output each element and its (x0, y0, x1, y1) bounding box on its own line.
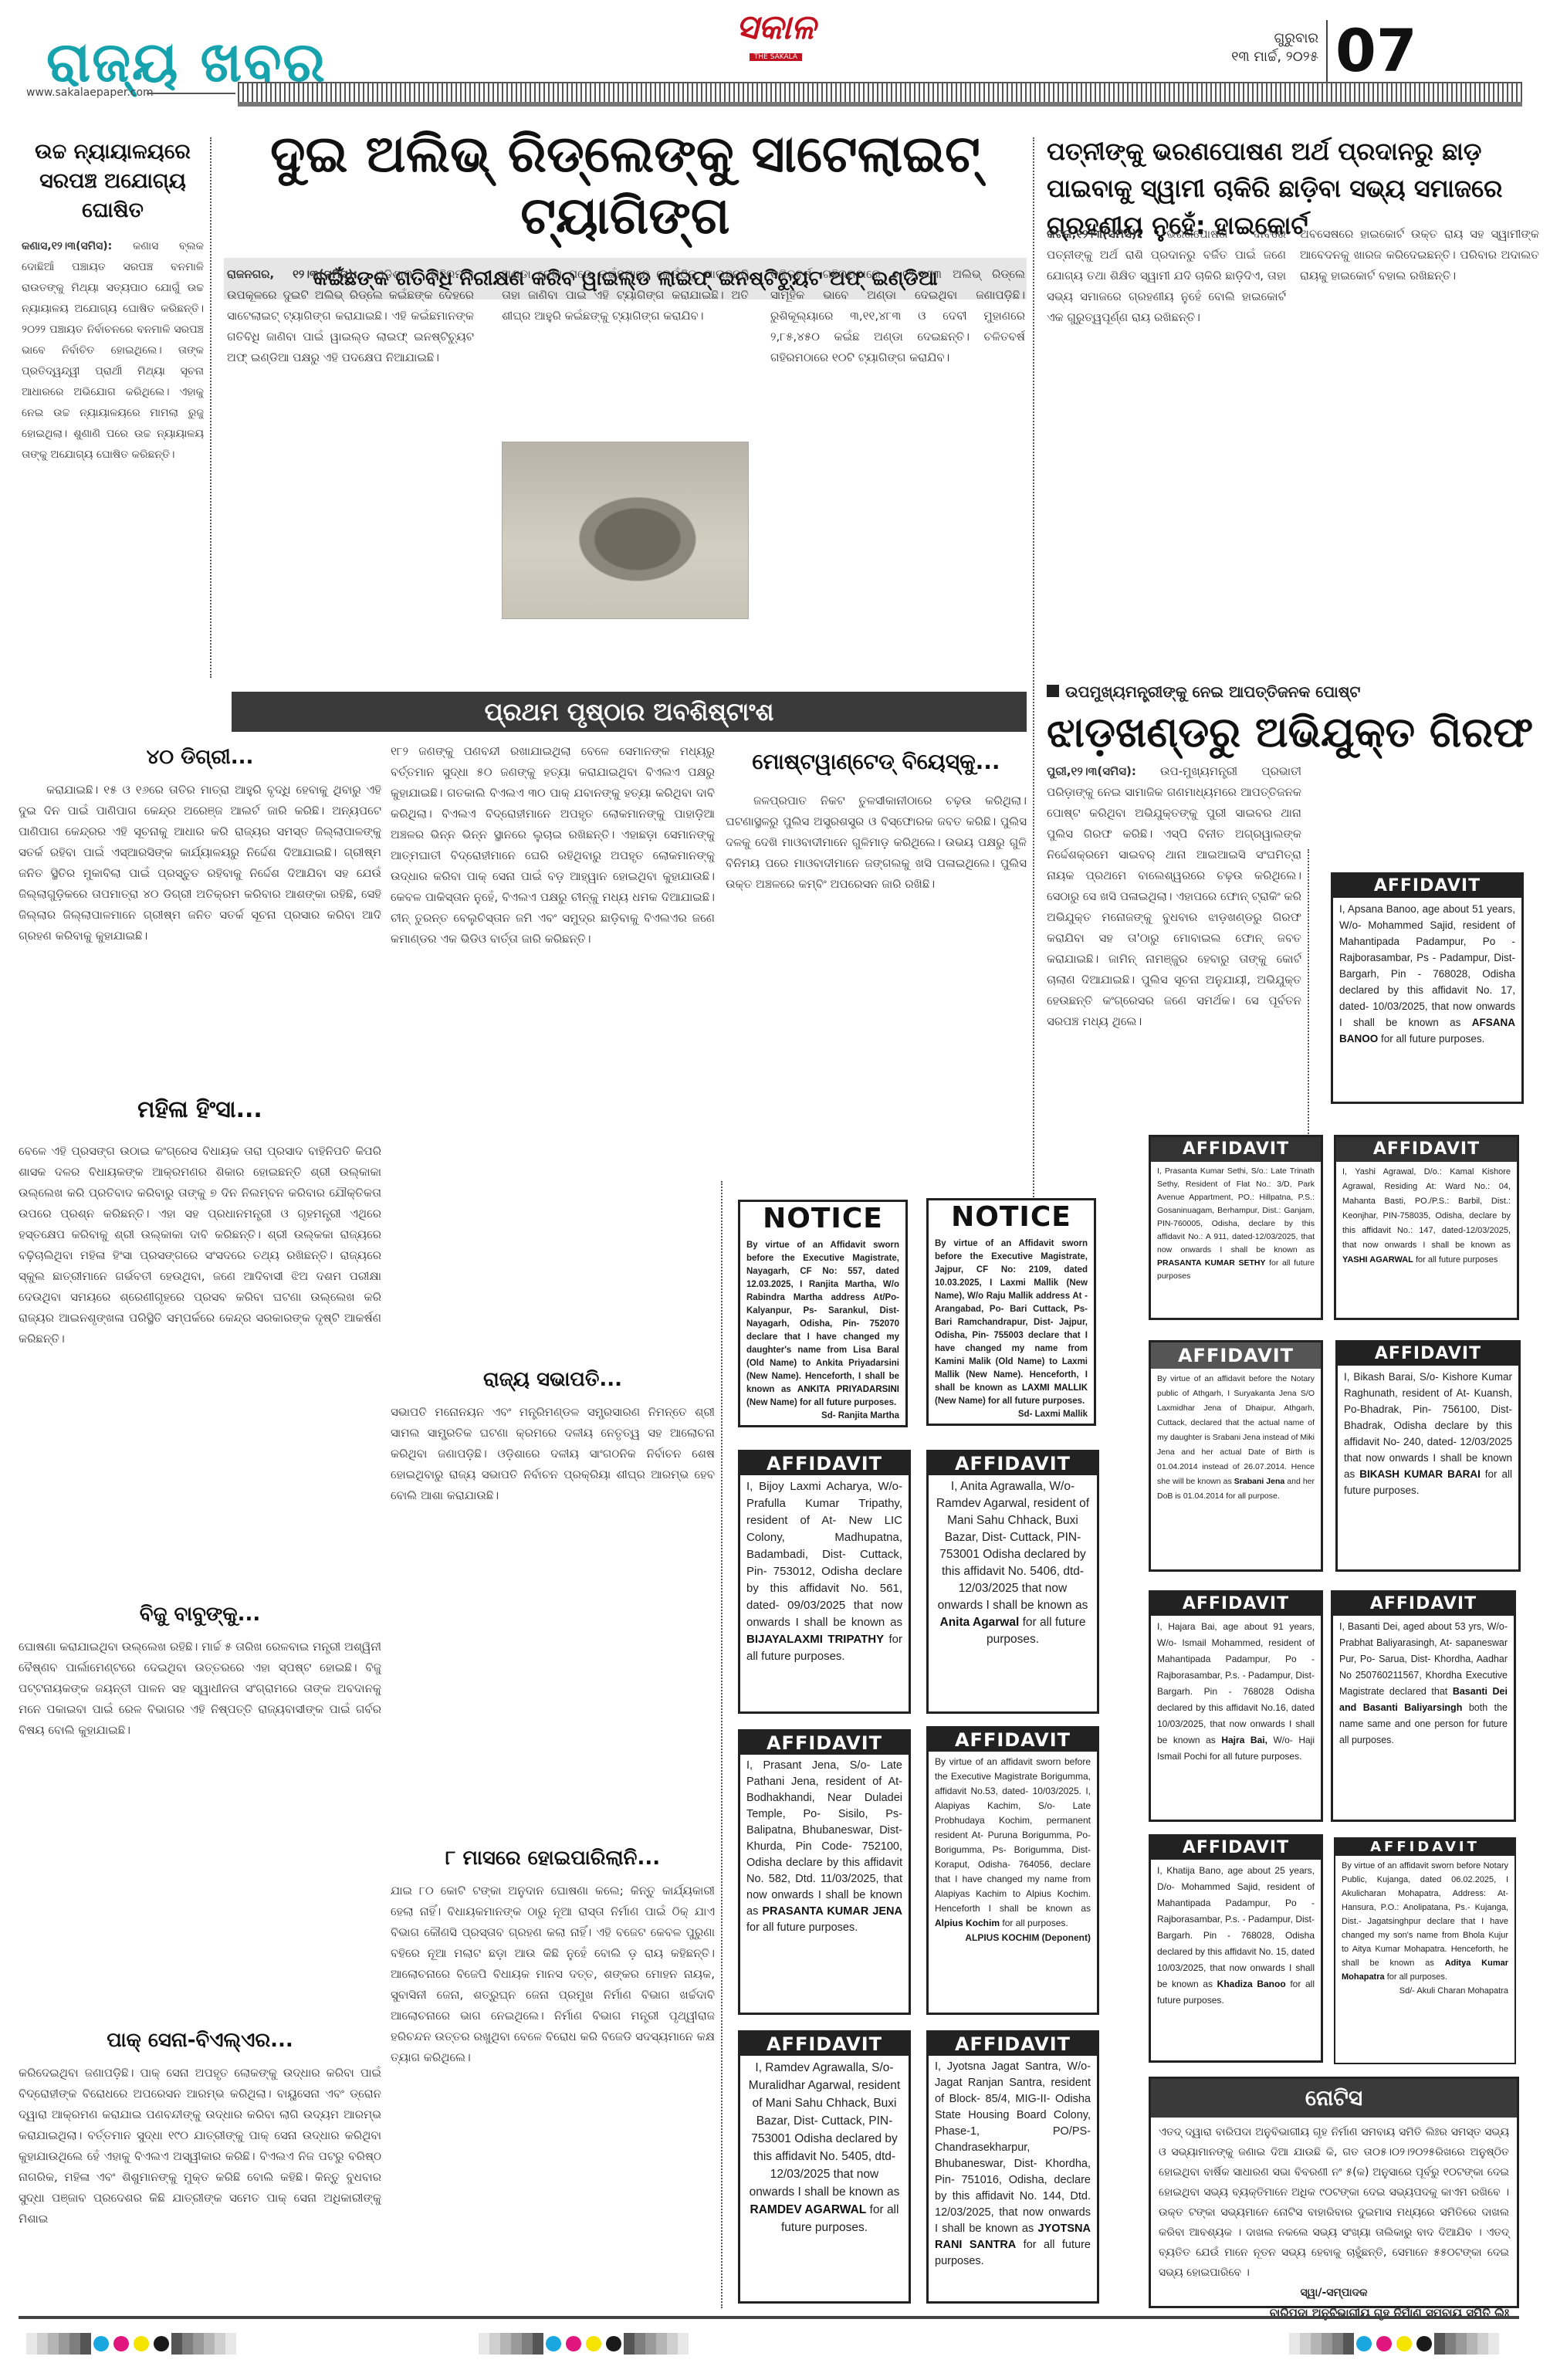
ad-text: I, Ramdev Agrawalla, S/o- Muralidhar Aga… (749, 2061, 900, 2199)
ad-affidavit-hajara: AFFIDAVIT I, Hajara Bai, age about 91 ye… (1149, 1590, 1323, 1822)
continuation-section-bar: ପ୍ରଥମ ପୃଷ୍ଠାର ଅବଶିଷ୍ଟାଂଶ (232, 692, 1027, 732)
story-text: କଣାସ ବ୍ଲକ ଦୋଛିଆଁ ପଞ୍ଚାୟତ ସରପଞ୍ଚ ବନମାଳି ର… (22, 240, 204, 461)
ad-body: I, Hajara Bai, age about 91 years, W/o- … (1151, 1616, 1321, 1768)
ad-affidavit-akuli: AFFIDAVIT By virtue of an affidavit swor… (1334, 1837, 1516, 2064)
ad-text: (New Name) for all future purposes. (746, 1398, 896, 1407)
kicker-biju-babu: ବିଜୁ ବାବୁଙ୍କୁ... (19, 1603, 381, 1627)
ad-body: By virtue of an affidavit sworn before t… (929, 1752, 1097, 1948)
ad-header: AFFIDAVIT (1336, 1137, 1517, 1162)
ad-signature: Sd- Laxmi Mallik (935, 1408, 1088, 1421)
cont-text: କରିଦେଇଥିବା ଜଣାପଡ଼ିଛି। ପାକ୍ ସେନା ଅପହୃତ ଲୋ… (19, 2066, 381, 2226)
ad-body: I, Bikash Barai, S/o- Kishore Kumar Ragh… (1338, 1366, 1518, 1501)
magenta-dot (113, 2336, 129, 2351)
color-registration-bar-center (479, 2333, 689, 2355)
ad-affidavit-alpius: AFFIDAVIT By virtue of an affidavit swor… (926, 1726, 1099, 2015)
kicker-most-wanted: ମୋଷ୍ଟୱାଣ୍ଟେଡ୍ ବିୟେସ୍‌କୁ... (726, 749, 1027, 775)
column-divider (1308, 849, 1309, 1173)
ad-body: I, Anita Agrawalla, W/o- Ramdev Agarwal,… (929, 1475, 1097, 1651)
cont-text: ସଭାପତି ମନୋନୟନ ଏବଂ ମନ୍ତ୍ରିମଣ୍ଡଳ ସମ୍ପ୍ରସାର… (391, 1405, 715, 1502)
ad-signature: ALPIUS KOCHIM (Deponent) (935, 1931, 1091, 1945)
ad-body: By virtue of an affidavit before the Not… (1151, 1369, 1321, 1507)
yellow-dot (1396, 2336, 1412, 2351)
ad-body: ଏତଦ୍ ଦ୍ୱାରା ବାରିପଦା ଅନୁବିଭାଗୀୟ ଗୃହ ନିର୍ମ… (1151, 2118, 1517, 2328)
ad-text: I, Khatija Bano, age about 25 years, D/o… (1157, 1865, 1315, 1989)
divider (147, 93, 235, 94)
column-divider (210, 137, 212, 678)
ad-notice-ranjita: NOTICE By virtue of an Affidavit sworn b… (738, 1200, 908, 1427)
ad-header: NOTICE (929, 1200, 1094, 1234)
cont-mahila-hinsa: ବେଳେ ଏହି ପ୍ରସଙ୍ଗ ଉଠାଇ କଂଗ୍ରେସ ବିଧାୟକ ତାର… (19, 1141, 381, 1589)
ad-new-name: Hajra Bai, (1221, 1735, 1267, 1745)
ad-body: By virtue of an Affidavit sworn before t… (929, 1234, 1094, 1424)
dateline: କଟକ,୧୨।୩(ସମିସ): (1047, 227, 1142, 241)
dateline: କଣାସ,୧୨।୩(ସମିସ): (22, 240, 112, 252)
story-body: କଣାସ,୧୨।୩(ସମିସ): କଣାସ ବ୍ଲକ ଦୋଛିଆଁ ପଞ୍ଚାୟ… (22, 236, 204, 591)
ad-notice-odia-cooperative: ନୋଟିସ ଏତଦ୍ ଦ୍ୱାରା ବାରିପଦା ଅନୁବିଭାଗୀୟ ଗୃହ… (1149, 2077, 1519, 2308)
black-dot (606, 2336, 621, 2351)
lead-text-3: ଚଳିତବର୍ଷ ଗହିରମଠାରେ ୬,୯୨,୩୯୩ ଅଲିଭ୍ ରିଡ୍‌ଲ… (770, 267, 1025, 364)
ad-text: By virtue of an Affidavit sworn before t… (935, 1239, 1088, 1393)
lead-col-2: ଅଣ୍ଡା ଦେବା ପରେ କଇଁଛମାନେ କେଉଁଠିକୁ ଯାଉଛନ୍ତ… (502, 264, 749, 434)
ad-text: By virtue of an affidavit before the Not… (1157, 1374, 1315, 1486)
dateline: ପୁରୀ,୧୨।୩(ସମିସ): (1047, 764, 1136, 778)
lead-text-1: ଓଡ଼ିଶାର ଗହିରମଠା ଉପକୂଳରେ ଦୁଇଟି ଅଲିଭ୍ ରିଡ୍… (227, 267, 474, 364)
ad-new-name: Alpius Kochim (935, 1918, 1000, 1928)
ad-new-name: BIJAYALAXMI TRIPATHY (746, 1633, 884, 1646)
kicker-8-mase: ୮ ମାସରେ ହୋଇପାରିଲାନି... (391, 1847, 715, 1870)
cont-text: ଘୋଷଣା କରାଯାଇଥିବା ଉଲ୍ଲେଖ ରହିଛି। ମାର୍ଚ୍ଚ ୫… (19, 1640, 381, 1737)
ad-affidavit-prasanta-sethi: AFFIDAVIT I, Prasanta Kumar Sethi, S/o.:… (1149, 1135, 1323, 1320)
kicker-mahila-hinsa: ମହିଳା ହିଂସା... (19, 1096, 381, 1123)
ad-body: I, Apsana Banoo, age about 51 years, W/o… (1333, 898, 1521, 1050)
ad-body: I, Jyotsna Jagat Santra, W/o- Jagat Ranj… (929, 2056, 1097, 2273)
kicker-text: ଉପମୁଖ୍ୟମନ୍ତ୍ରୀଙ୍କୁ ନେଇ ଆପତ୍ତିଜନକ ପୋଷ୍ଟ (1065, 682, 1360, 701)
ad-body: I, Prasant Jena, S/o- Late Pathani Jena,… (740, 1755, 909, 1939)
ad-body: I, Basanti Dei, aged about 53 yrs, W/o- … (1333, 1616, 1514, 1752)
cont-biju-babu: ଘୋଷଣା କରାଯାଇଥିବା ଉଲ୍ଲେଖ ରହିଛି। ମାର୍ଚ୍ଚ ୫… (19, 1637, 381, 2015)
masthead-rule (238, 82, 1522, 107)
ad-header: AFFIDAVIT (1151, 1342, 1321, 1369)
lead-col-1: ରାଜନଗର, ୧୨।୩(ସମିସ): ଓଡ଼ିଶାର ଗହିରମଠା ଉପକୂ… (227, 264, 474, 681)
ad-header: AFFIDAVIT (929, 1728, 1097, 1752)
cyan-dot (546, 2336, 561, 2351)
ad-header: AFFIDAVIT (740, 2033, 909, 2056)
cont-text: ୧୮୨ ଜଣଙ୍କୁ ପଣବନ୍ଦୀ ରଖାଯାଇଥିଲା ବେଳେ ସେମାନ… (391, 744, 715, 946)
ad-header: NOTICE (740, 1202, 905, 1236)
color-registration-bar-left (26, 2333, 236, 2355)
ad-new-name: Khadiza Banoo (1217, 1979, 1286, 1989)
cont-text: ଯାଇ ୮୦ କୋଟି ଟଙ୍କା ଅନୁଦାନ ଘୋଷଣା କଲେ; କିନ୍… (391, 1884, 715, 2064)
ad-new-name: PRASANTA KUMAR SETHY (1157, 1258, 1266, 1268)
turtle-photo (502, 442, 749, 619)
ad-body: I, Bijoy Laxmi Acharya, W/o- Prafulla Ku… (740, 1475, 909, 1668)
page-number: 07 (1326, 20, 1417, 82)
ad-text: I, Hajara Bai, age about 91 years, W/o- … (1157, 1621, 1315, 1745)
ad-affidavit-jyotsna: AFFIDAVIT I, Jyotsna Jagat Santra, W/o- … (926, 2030, 1099, 2304)
ad-text: I, Anita Agrawalla, W/o- Ramdev Agarwal,… (936, 1480, 1089, 1612)
ad-new-name: Srabani Jena (1234, 1477, 1284, 1486)
ad-affidavit-apsana: AFFIDAVIT I, Apsana Banoo, age about 51 … (1331, 872, 1524, 1104)
ad-body: I, Yashi Agrawal, D/o.: Kamal Kishore Ag… (1336, 1162, 1517, 1271)
ad-signature-title: ସ୍ୱା/-ସମ୍ପାଦକ (1159, 2283, 1509, 2303)
ad-new-name: YASHI AGARWAL (1342, 1255, 1413, 1264)
ad-text: By virtue of an Affidavit sworn before t… (746, 1241, 899, 1394)
cont-pak-sena: କରିଦେଇଥିବା ଜଣାପଡ଼ିଛି। ପାକ୍ ସେନା ଅପହୃତ ଲୋ… (19, 2063, 381, 2294)
ad-text: I, Apsana Banoo, age about 51 years, W/o… (1339, 903, 1515, 1028)
ad-body: I, Prasanta Kumar Sethi, S/o.: Late Trin… (1151, 1162, 1321, 1286)
ad-header: AFFIDAVIT (1333, 875, 1521, 898)
dateline: ରାଜନଗର, ୧୨।୩(ସମିସ): (227, 267, 357, 281)
ad-text: I, Bikash Barai, S/o- Kishore Kumar Ragh… (1344, 1371, 1512, 1480)
ad-text: for all purposes. (1002, 1918, 1068, 1928)
square-bullet-icon (1047, 685, 1059, 697)
ad-affidavit-ramdev: AFFIDAVIT I, Ramdev Agrawalla, S/o- Mura… (738, 2030, 911, 2304)
ad-text: By virtue of an affidavit sworn before N… (1342, 1861, 1508, 1968)
ad-text: ଏତଦ୍ ଦ୍ୱାରା ବାରିପଦା ଅନୁବିଭାଗୀୟ ଗୃହ ନିର୍ମ… (1159, 2122, 1509, 2283)
story-arrest: ଉପମୁଖ୍ୟମନ୍ତ୍ରୀଙ୍କୁ ନେଇ ଆପତ୍ତିଜନକ ପୋଷ୍ଟ ଝ… (1047, 679, 1541, 761)
cont-text: ବେଳେ ଏହି ପ୍ରସଙ୍ଗ ଉଠାଇ କଂଗ୍ରେସ ବିଧାୟକ ତାର… (19, 1144, 381, 1346)
lead-col-3: ଚଳିତବର୍ଷ ଗହିରମଠାରେ ୬,୯୨,୩୯୩ ଅଲିଭ୍ ରିଡ୍‌ଲ… (770, 264, 1025, 681)
ad-header: AFFIDAVIT (1338, 1342, 1518, 1366)
cont-40-degree: କରାଯାଇଛି। ୧୫ ଓ ୧୬ରେ ତାତିର ମାତ୍ରା ଆହୁରି ବ… (19, 780, 381, 1073)
ad-signature: Sd/- Akuli Charan Mohapatra (1342, 1984, 1508, 1998)
ad-text: for all future purposes (1416, 1255, 1498, 1264)
cont-text: ଜଳପ୍ରପାତ ନିକଟ ତୁଳସୀକାନୀଠାରେ ଚଢ଼ଉ କରିଥିଲା… (726, 791, 1027, 895)
black-dot (1416, 2336, 1432, 2351)
story-text: ଉପ-ମୁଖ୍ୟମନ୍ତ୍ରୀ ପ୍ରଭାତୀ ପରିଡ଼ାଙ୍କୁ ନେଇ ସ… (1047, 764, 1301, 1028)
ad-body: I, Ramdev Agrawalla, S/o- Muralidhar Aga… (740, 2056, 909, 2240)
yellow-dot (134, 2336, 149, 2351)
ad-text: (New Name) for all future purposes. (935, 1397, 1085, 1406)
color-registration-bar-right (1289, 2333, 1499, 2355)
cont-most-wanted: ଜଳପ୍ରପାତ ନିକଟ ତୁଳସୀକାନୀଠାରେ ଚଢ଼ଉ କରିଥିଲା… (726, 791, 1027, 1176)
lead-text-2: ଅଣ୍ଡା ଦେବା ପରେ କଇଁଛମାନେ କେଉଁଠିକୁ ଯାଉଛନ୍ତ… (502, 267, 749, 323)
ad-header: AFFIDAVIT (929, 2033, 1097, 2056)
ad-header: AFFIDAVIT (929, 1452, 1097, 1475)
column-divider (1033, 137, 1034, 1342)
ad-new-name: PRASANTA KUMAR JENA (762, 1905, 902, 1918)
ad-new-name: LAXMI MALLIK (1022, 1383, 1088, 1393)
story-text: ଭରଣପୋଷଣ ଦାବିରେ ପତ୍ନୀଙ୍କୁ ଅର୍ଥ ରାଶି ପ୍ରଦା… (1047, 227, 1286, 324)
ad-signature: Sd- Ranjita Martha (746, 1410, 899, 1423)
ad-new-name: Anita Agarwal (940, 1616, 1020, 1629)
ad-body: By virtue of an affidavit sworn before N… (1335, 1856, 1514, 2001)
ad-header: AFFIDAVIT (1151, 1837, 1321, 1860)
ad-affidavit-anita: AFFIDAVIT I, Anita Agrawalla, W/o- Ramde… (926, 1450, 1099, 1714)
ad-affidavit-bikash: AFFIDAVIT I, Bikash Barai, S/o- Kishore … (1335, 1340, 1521, 1572)
ad-affidavit-basanti: AFFIDAVIT I, Basanti Dei, aged about 53 … (1331, 1590, 1516, 1822)
ad-new-name: RAMDEV AGARWAL (750, 2203, 867, 2216)
ad-affidavit-prasant: AFFIDAVIT I, Prasant Jena, S/o- Late Pat… (738, 1729, 911, 2015)
ad-text: for all future purposes. (746, 1921, 858, 1934)
ad-new-name: ANKITA PRIYADARSINI (797, 1385, 899, 1394)
ad-affidavit-yashi: AFFIDAVIT I, Yashi Agrawal, D/o.: Kamal … (1334, 1135, 1519, 1320)
cyan-dot (93, 2336, 109, 2351)
ad-header: AFFIDAVIT (1335, 1839, 1514, 1856)
ad-header: AFFIDAVIT (740, 1452, 909, 1475)
kicker-rajya-sabhapati: ରାଜ୍ୟ ସଭାପତି... (391, 1368, 715, 1392)
ad-body: I, Khatija Bano, age about 25 years, D/o… (1151, 1860, 1321, 2012)
ad-header: AFFIDAVIT (1333, 1593, 1514, 1616)
ad-text: I, Prasant Jena, S/o- Late Pathani Jena,… (746, 1759, 902, 1918)
ad-text: I, Bijoy Laxmi Acharya, W/o- Prafulla Ku… (746, 1480, 902, 1629)
column-divider (721, 1181, 723, 2308)
kicker-pak-sena: ପାକ୍ ସେନା-ବିଏଲ୍ଏର... (19, 2029, 381, 2053)
ad-header: ନୋଟିସ (1151, 2079, 1517, 2118)
story-highcourt-col-2: ଅବସେଷରେ ହାଇକୋର୍ଟ ଉକ୍ତ ରାୟ ସହ ସ୍ୱାମୀଙ୍କ ଆ… (1300, 224, 1539, 664)
yellow-dot (586, 2336, 601, 2351)
ad-affidavit-bijoy: AFFIDAVIT I, Bijoy Laxmi Acharya, W/o- P… (738, 1450, 911, 1714)
cont-bla-col: ୧୮୨ ଜଣଙ୍କୁ ପଣବନ୍ଦୀ ରଖାଯାଇଥିଲା ବେଳେ ସେମାନ… (391, 741, 715, 1359)
arrest-kicker: ଉପମୁଖ୍ୟମନ୍ତ୍ରୀଙ୍କୁ ନେଇ ଆପତ୍ତିଜନକ ପୋଷ୍ଟ (1047, 679, 1541, 704)
cont-rajya-sabhapati: ସଭାପତି ମନୋନୟନ ଏବଂ ମନ୍ତ୍ରିମଣ୍ଡଳ ସମ୍ପ୍ରସାର… (391, 1402, 715, 1834)
ad-affidavit-srabani: AFFIDAVIT By virtue of an affidavit befo… (1149, 1340, 1323, 1572)
ad-text: By virtue of an affidavit sworn before t… (935, 1756, 1091, 1914)
cont-text: କରାଯାଇଛି। ୧୫ ଓ ୧୬ରେ ତାତିର ମାତ୍ରା ଆହୁରି ବ… (19, 780, 381, 946)
story-text: ଅବସେଷରେ ହାଇକୋର୍ଟ ଉକ୍ତ ରାୟ ସହ ସ୍ୱାମୀଙ୍କ ଆ… (1300, 227, 1539, 283)
lead-headline: ଦୁଇ ଅଲିଭ୍ ରିଡ୍‌ଲେଙ୍କୁ ସାଟେଲାଇଟ୍ ଟ୍ୟାଗିଙ୍… (224, 124, 1027, 247)
magenta-dot (1376, 2336, 1392, 2351)
ad-header: AFFIDAVIT (740, 1732, 909, 1755)
ad-new-name: BIKASH KUMAR BARAI (1359, 1468, 1481, 1480)
logo-subtext: THE SAKALA (750, 53, 802, 61)
black-dot (154, 2336, 169, 2351)
cont-8-mase: ଯାଇ ୮୦ କୋଟି ଟଙ୍କା ଅନୁଦାନ ଘୋଷଣା କଲେ; କିନ୍… (391, 1881, 715, 2297)
ad-text: I, Jyotsna Jagat Santra, W/o- Jagat Ranj… (935, 2060, 1091, 2235)
footer-rule (19, 2316, 1519, 2319)
ad-body: By virtue of an Affidavit sworn before t… (740, 1236, 905, 1426)
ad-header: AFFIDAVIT (1151, 1137, 1321, 1162)
date: ୧୩ ମାର୍ଚ୍ଚ, ୨୦୨୫ (1231, 48, 1318, 66)
ad-text: for all purposes. (1387, 1972, 1447, 1982)
ad-text: I, Prasanta Kumar Sethi, S/o.: Late Trin… (1157, 1166, 1315, 1254)
ad-text: I, Yashi Agrawal, D/o.: Kamal Kishore Ag… (1342, 1167, 1511, 1250)
story-headline: ଉଚ୍ଚ ନ୍ୟାୟାଳୟରେ ସରପଞ୍ଚ ଅଯୋଗ୍ୟ ଘୋଷିତ (22, 137, 204, 225)
day: ଗୁରୁବାର (1231, 29, 1318, 48)
newspaper-logo: ସକାଳ THE SAKALA (695, 8, 857, 57)
story-court-sarpanch: ଉଚ୍ଚ ନ୍ୟାୟାଳୟରେ ସରପଞ୍ଚ ଅଯୋଗ୍ୟ ଘୋଷିତ କଣାସ… (22, 137, 204, 570)
kicker-40-degree: ୪୦ ଡିଗ୍ରୀ... (19, 746, 381, 770)
arrest-headline: ଝାଡ଼ଖଣ୍ଡରୁ ଅଭିଯୁକ୍ତ ଗିରଫ (1047, 704, 1541, 761)
ad-notice-laxmi: NOTICE By virtue of an Affidavit sworn b… (926, 1198, 1096, 1426)
date-block: ଗୁରୁବାର ୧୩ ମାର୍ଚ୍ଚ, ୨୦୨୫ (1231, 29, 1318, 66)
ad-header: AFFIDAVIT (1151, 1593, 1321, 1616)
site-url[interactable]: www.sakalaepaper.com (26, 86, 154, 99)
story-highcourt-col-1: କଟକ,୧୨।୩(ସମିସ): ଭରଣପୋଷଣ ଦାବିରେ ପତ୍ନୀଙ୍କୁ… (1047, 224, 1286, 664)
ad-signature-org: ବାରିପଦା ଅନୁବିଭାଗୀୟ ଗୃହ ନିର୍ମାଣ ସମବାୟ ସମି… (1159, 2303, 1509, 2323)
ad-text: for all future purposes. (1381, 1033, 1484, 1044)
logo-text: ସକାଳ (695, 8, 857, 47)
ad-affidavit-khatija: AFFIDAVIT I, Khatija Bano, age about 25 … (1149, 1834, 1323, 2063)
magenta-dot (566, 2336, 581, 2351)
cyan-dot (1356, 2336, 1372, 2351)
